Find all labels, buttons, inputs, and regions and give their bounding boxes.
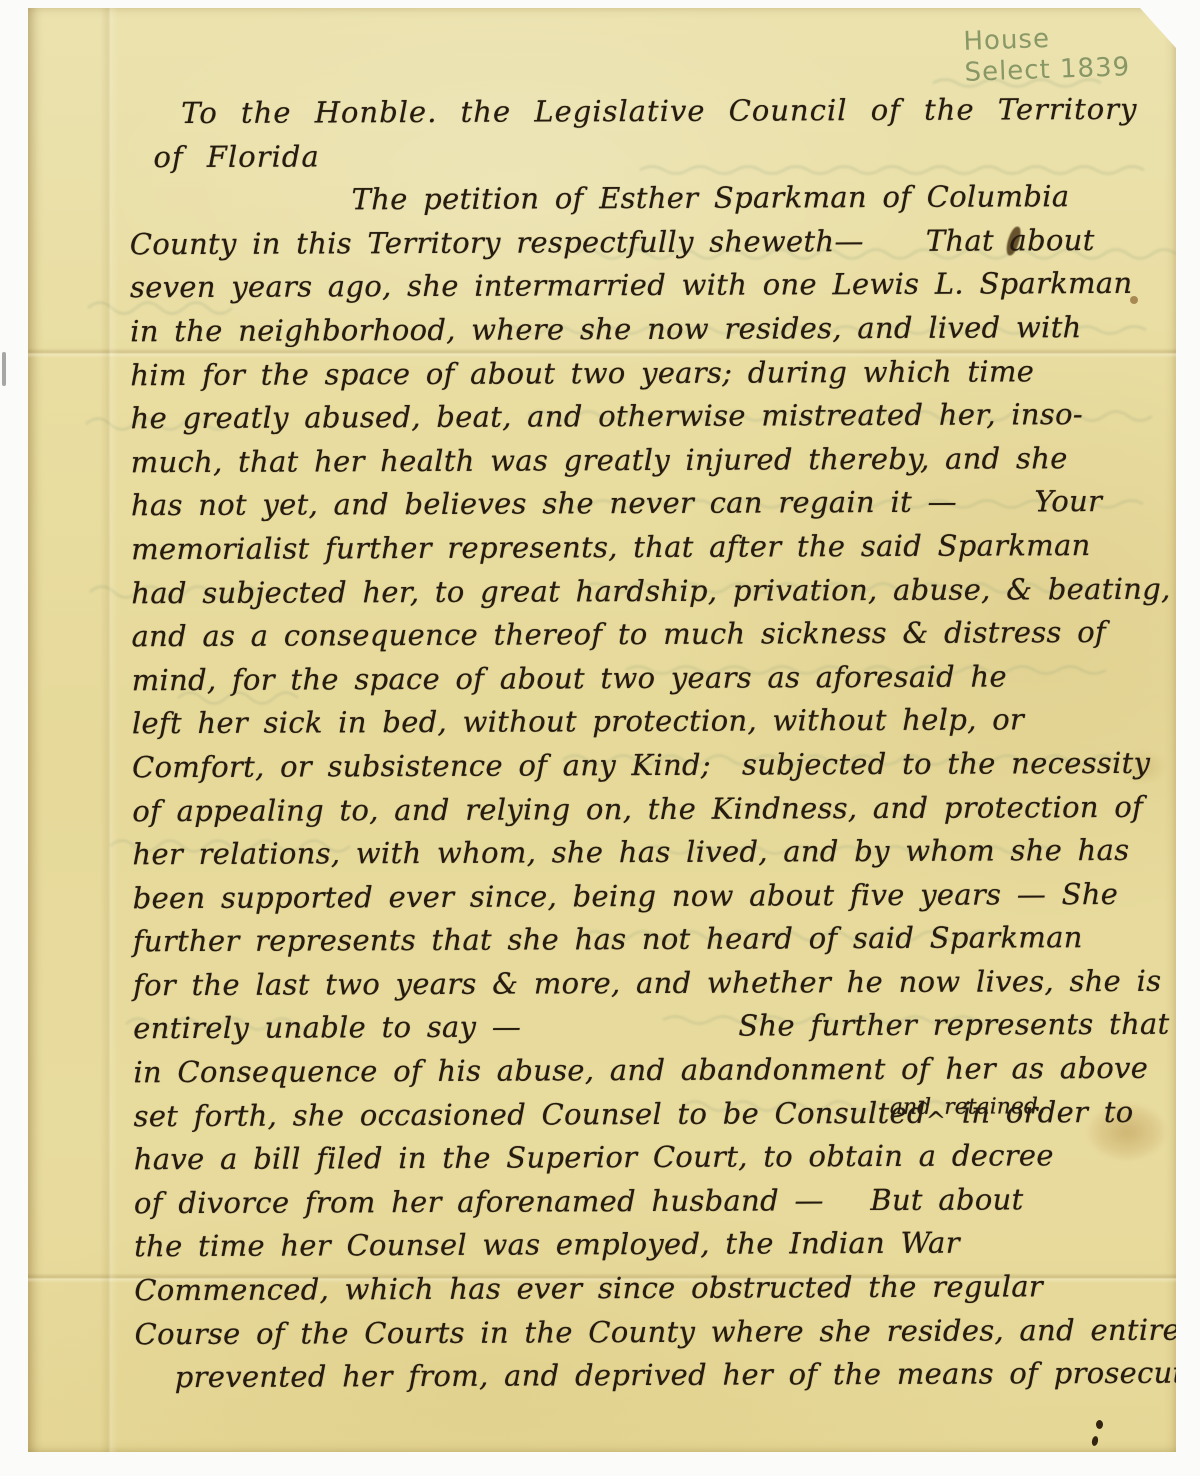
archival-annotation: House Select 1839 xyxy=(963,21,1131,89)
manuscript-line: Course of the Courts in the County where… xyxy=(134,1308,1168,1356)
manuscript-line: Comfort, or subsistence of any Kind; sub… xyxy=(132,742,1166,790)
manuscript-line: seven years ago, she intermarried with o… xyxy=(130,262,1164,310)
scan-background: { "colors": { "paper": "#e8dc9f", "ink":… xyxy=(0,0,1200,1476)
manuscript-line: has not yet, and believes she never can … xyxy=(131,480,1165,528)
line-text: set forth, she occasioned Counsel to be … xyxy=(134,1095,926,1132)
manuscript-line: he greatly abused, beat, and otherwise m… xyxy=(130,393,1164,441)
manuscript-line: been supported ever since, being now abo… xyxy=(133,872,1167,920)
manuscript-line: her relations, with whom, she has lived,… xyxy=(132,829,1166,877)
manuscript-line: memorialist further represents, that aft… xyxy=(131,524,1165,572)
manuscript-line: Commenced, which has ever since obstruct… xyxy=(134,1265,1168,1313)
manuscript-line: further represents that she has not hear… xyxy=(133,916,1167,964)
manuscript-line: prevented her from, and deprived her of … xyxy=(175,1352,1169,1400)
manuscript-line: had subjected her, to great hardship, pr… xyxy=(131,567,1165,615)
manuscript-line: in the neighborhood, where she now resid… xyxy=(130,306,1164,354)
ink-dot xyxy=(1096,1420,1103,1429)
manuscript-line: the time her Counsel was employed, the I… xyxy=(134,1221,1168,1269)
ink-dot xyxy=(1091,1435,1099,1446)
manuscript-line: him for the space of about two years; du… xyxy=(130,349,1164,397)
manuscript-line: set forth, she occasioned Counsel to be … xyxy=(134,1090,1168,1138)
heading-line-1: To the Honble. the Legislative Council o… xyxy=(181,88,1163,136)
manuscript-line: entirely unable to say — She further rep… xyxy=(133,1003,1167,1051)
heading-line-2: of Florida xyxy=(153,131,1163,179)
manuscript-line: County in this Territory respectfully sh… xyxy=(130,219,1164,267)
manuscript-line: have a bill filed in the Superior Court,… xyxy=(134,1134,1168,1182)
manuscript-line: in Consequence of his abuse, and abandon… xyxy=(133,1047,1167,1095)
insertion-point: and retained,^ xyxy=(926,1091,947,1143)
manuscript-paper: House Select 1839 To the Honble. the Leg… xyxy=(28,8,1176,1452)
annotation-line: Select 1839 xyxy=(964,52,1131,89)
manuscript-line: and as a consequence thereof to much sic… xyxy=(131,611,1165,659)
manuscript-line: left her sick in bed, without protection… xyxy=(132,698,1166,746)
manuscript-line: The petition of Esther Sparkman of Colum… xyxy=(352,175,1164,222)
manuscript-text-block: To the Honble. the Legislative Council o… xyxy=(129,88,1169,1400)
vertical-fold-crease xyxy=(100,8,118,1452)
interlinear-insertion: and retained, xyxy=(890,1097,1045,1120)
manuscript-line: of divorce from her aforenamed husband —… xyxy=(134,1178,1168,1226)
manuscript-line: for the last two years & more, and wheth… xyxy=(133,960,1167,1008)
manuscript-line: of appealing to, and relying on, the Kin… xyxy=(132,785,1166,833)
manuscript-line: mind, for the space of about two years a… xyxy=(132,654,1166,702)
manuscript-line: much, that her health was greatly injure… xyxy=(131,436,1165,484)
scanner-edge-mark xyxy=(2,352,6,386)
